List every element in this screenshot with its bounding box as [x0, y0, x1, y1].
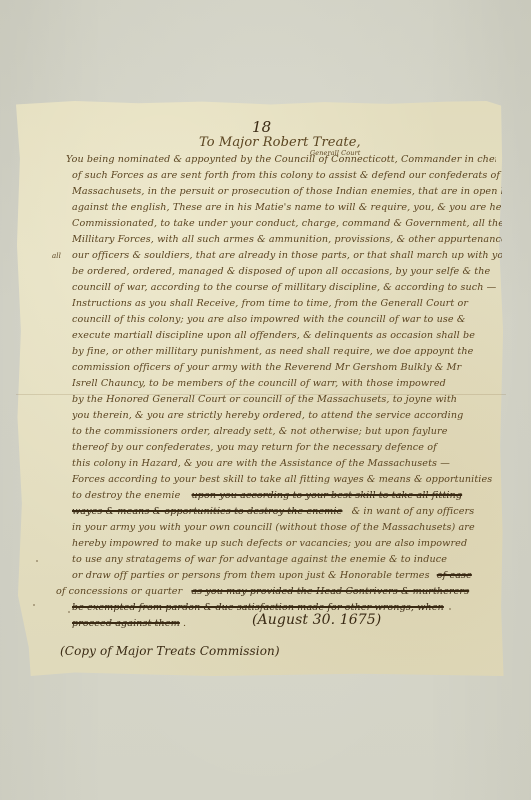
body-line-17: you therein, & you are strictly hereby o… — [72, 408, 502, 424]
paper-speck — [68, 611, 70, 613]
body-line-14: commission officers of your army with th… — [72, 360, 502, 376]
body-line-10: Instructions as you shall Receive, from … — [72, 296, 502, 312]
page-number: 18 — [252, 118, 271, 136]
body-line-22: to destroy the enemie upon you according… — [72, 488, 502, 504]
body-line-16: by the Honored Generall Court or council… — [72, 392, 502, 408]
paper-speck — [33, 604, 35, 606]
body-line-9: councill of war, according to the course… — [72, 280, 502, 296]
struck-text: as you may provided the Head Contrivers … — [191, 586, 469, 597]
body-line-8: be ordered, ordered, managed & disposed … — [72, 264, 502, 280]
body-line-28: of concessions or quarter as you may pro… — [56, 584, 486, 600]
body-line-4: against the english, These are in his Ma… — [72, 200, 502, 216]
body-text: You being nominated & appoynted by the C… — [66, 154, 496, 165]
body-line-24: in your army you with your own councill … — [72, 520, 502, 536]
body-line-2: of such Forces as are sent forth from th… — [72, 168, 502, 184]
struck-text: of ease — [437, 570, 472, 581]
margin-note-all: all — [52, 252, 61, 260]
paper-speck — [449, 608, 451, 610]
body-line-26: to use any stratagems of war for advanta… — [72, 552, 502, 568]
body-line-5: Commissionated, to take under your condu… — [72, 216, 502, 232]
body-text: to destroy the enemie — [72, 490, 180, 501]
body-line-18: to the commissioners order, already sett… — [72, 424, 502, 440]
body-text: or draw off parties or persons from them… — [72, 570, 430, 581]
body-line-25: hereby impowred to make up such defects … — [72, 536, 502, 552]
body-text: & in want of any officers — [352, 506, 475, 517]
body-text: . — [183, 618, 186, 629]
body-line-11: councill of this colony; you are also im… — [72, 312, 502, 328]
body-line-20: this colony in Hazard, & you are with th… — [72, 456, 502, 472]
body-line-1: You being nominated & appoynted by the C… — [66, 152, 496, 168]
paper-speck — [36, 560, 38, 562]
body-text: of concessions or quarter — [56, 586, 182, 597]
body-line-27: or draw off parties or persons from them… — [72, 568, 502, 584]
struck-text: upon you according to your best skill to… — [192, 490, 463, 501]
date-line: (August 30. 1675) — [252, 612, 381, 628]
body-line-15: Isrell Chauncy, to be members of the cou… — [72, 376, 502, 392]
body-line-3: Massachusets, in the persuit or prosecut… — [72, 184, 502, 200]
struck-text: wayes & means & opportunities to destroy… — [72, 506, 342, 517]
body-line-19: thereof by our confederates, you may ret… — [72, 440, 502, 456]
body-line-7: our officers & souldiers, that are alrea… — [72, 248, 502, 264]
docket-note: (Copy of Major Treats Commission) — [60, 644, 280, 658]
body-line-13: by fine, or other millitary punishment, … — [72, 344, 502, 360]
body-line-12: execute martiall discipline upon all off… — [72, 328, 502, 344]
body-line-6: Millitary Forces, with all such armes & … — [72, 232, 502, 248]
body-line-23: wayes & means & opportunities to destroy… — [72, 504, 502, 520]
salutation-heading: To Major Robert Treate, — [199, 135, 361, 150]
body-line-21: Forces according to your best skill to t… — [72, 472, 502, 488]
struck-text: proceed against them — [72, 618, 180, 629]
